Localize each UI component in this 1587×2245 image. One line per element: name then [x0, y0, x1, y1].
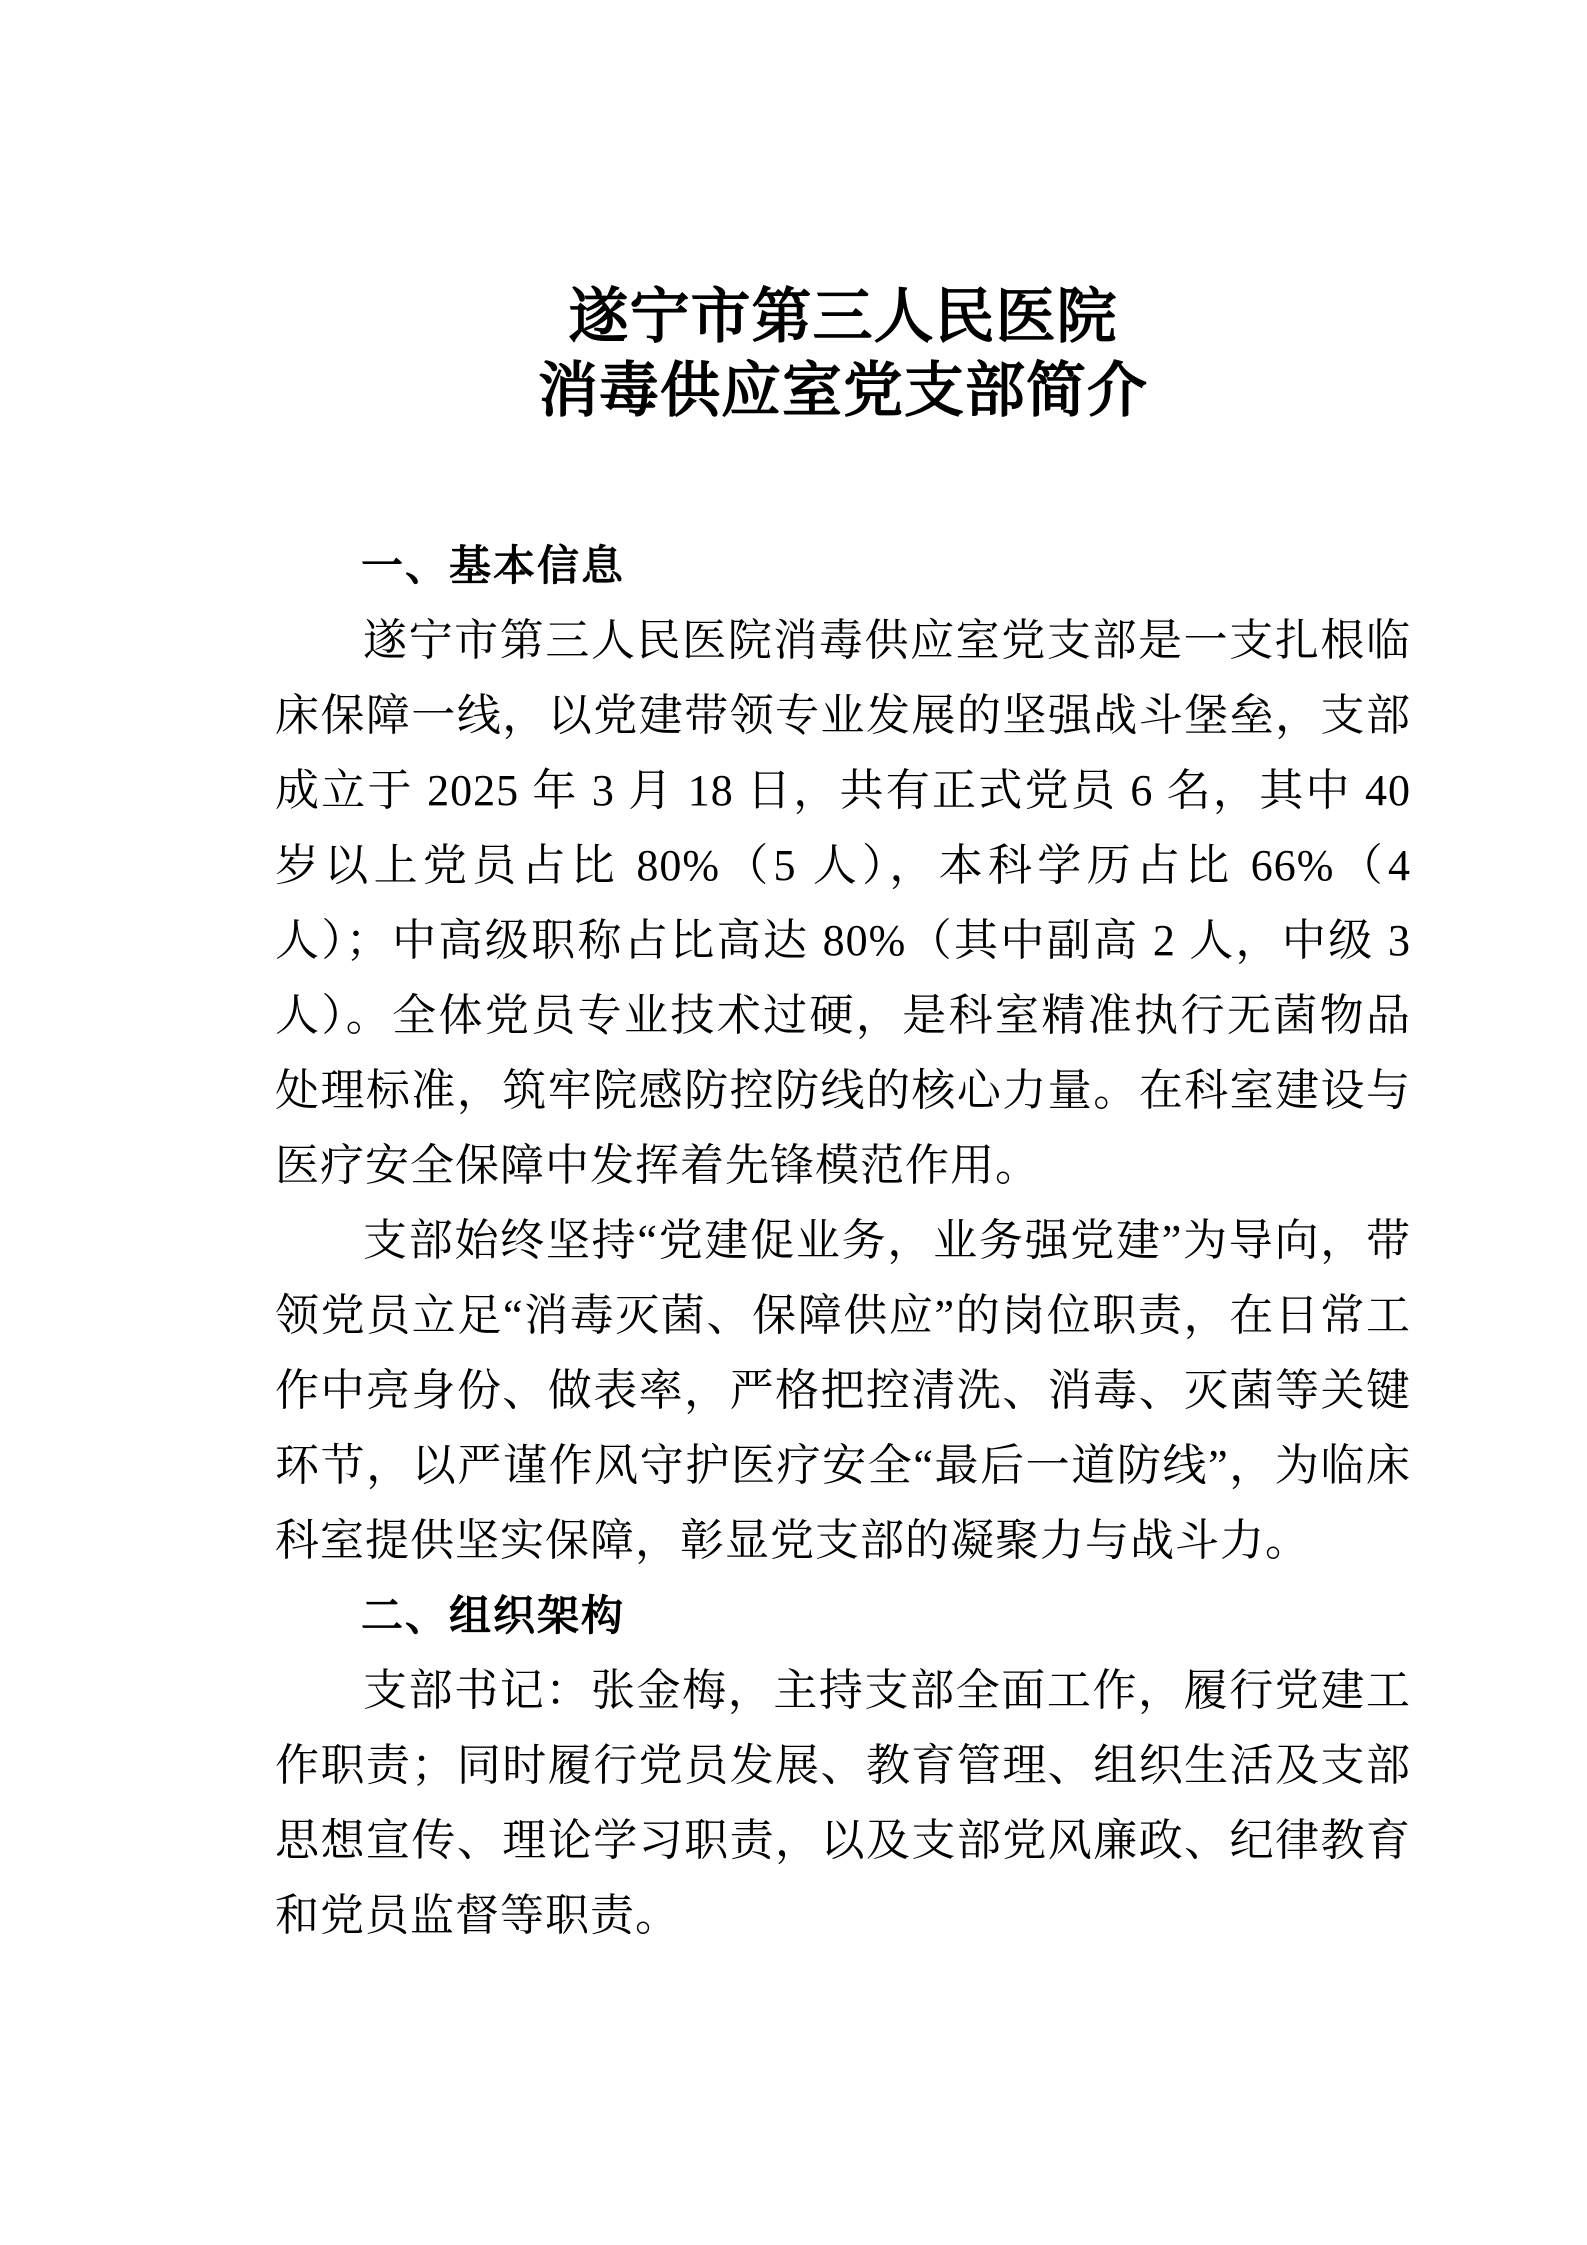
paragraph-basic-info-1: 遂宁市第三人民医院消毒供应室党支部是一支扎根临床保障一线，以党建带领专业发展的坚…: [275, 603, 1411, 1203]
paragraph-basic-info-2: 支部始终坚持“党建促业务，业务强党建”为导向，带领党员立足“消毒灭菌、保障供应”…: [275, 1203, 1411, 1578]
document-content: 遂宁市第三人民医院 消毒供应室党支部简介 一、基本信息 遂宁市第三人民医院消毒供…: [275, 0, 1411, 1953]
document-title-line-1: 遂宁市第三人民医院: [275, 280, 1411, 354]
document-page: 遂宁市第三人民医院 消毒供应室党支部简介 一、基本信息 遂宁市第三人民医院消毒供…: [0, 0, 1587, 2245]
paragraph-organization-1: 支部书记：张金梅，主持支部全面工作，履行党建工作职责；同时履行党员发展、教育管理…: [275, 1653, 1411, 1953]
document-title-line-2: 消毒供应室党支部简介: [275, 354, 1411, 428]
section-heading-organization: 二、组织架构: [275, 1578, 1411, 1653]
document-title: 遂宁市第三人民医院 消毒供应室党支部简介: [275, 280, 1411, 428]
section-heading-basic-info: 一、基本信息: [275, 528, 1411, 603]
